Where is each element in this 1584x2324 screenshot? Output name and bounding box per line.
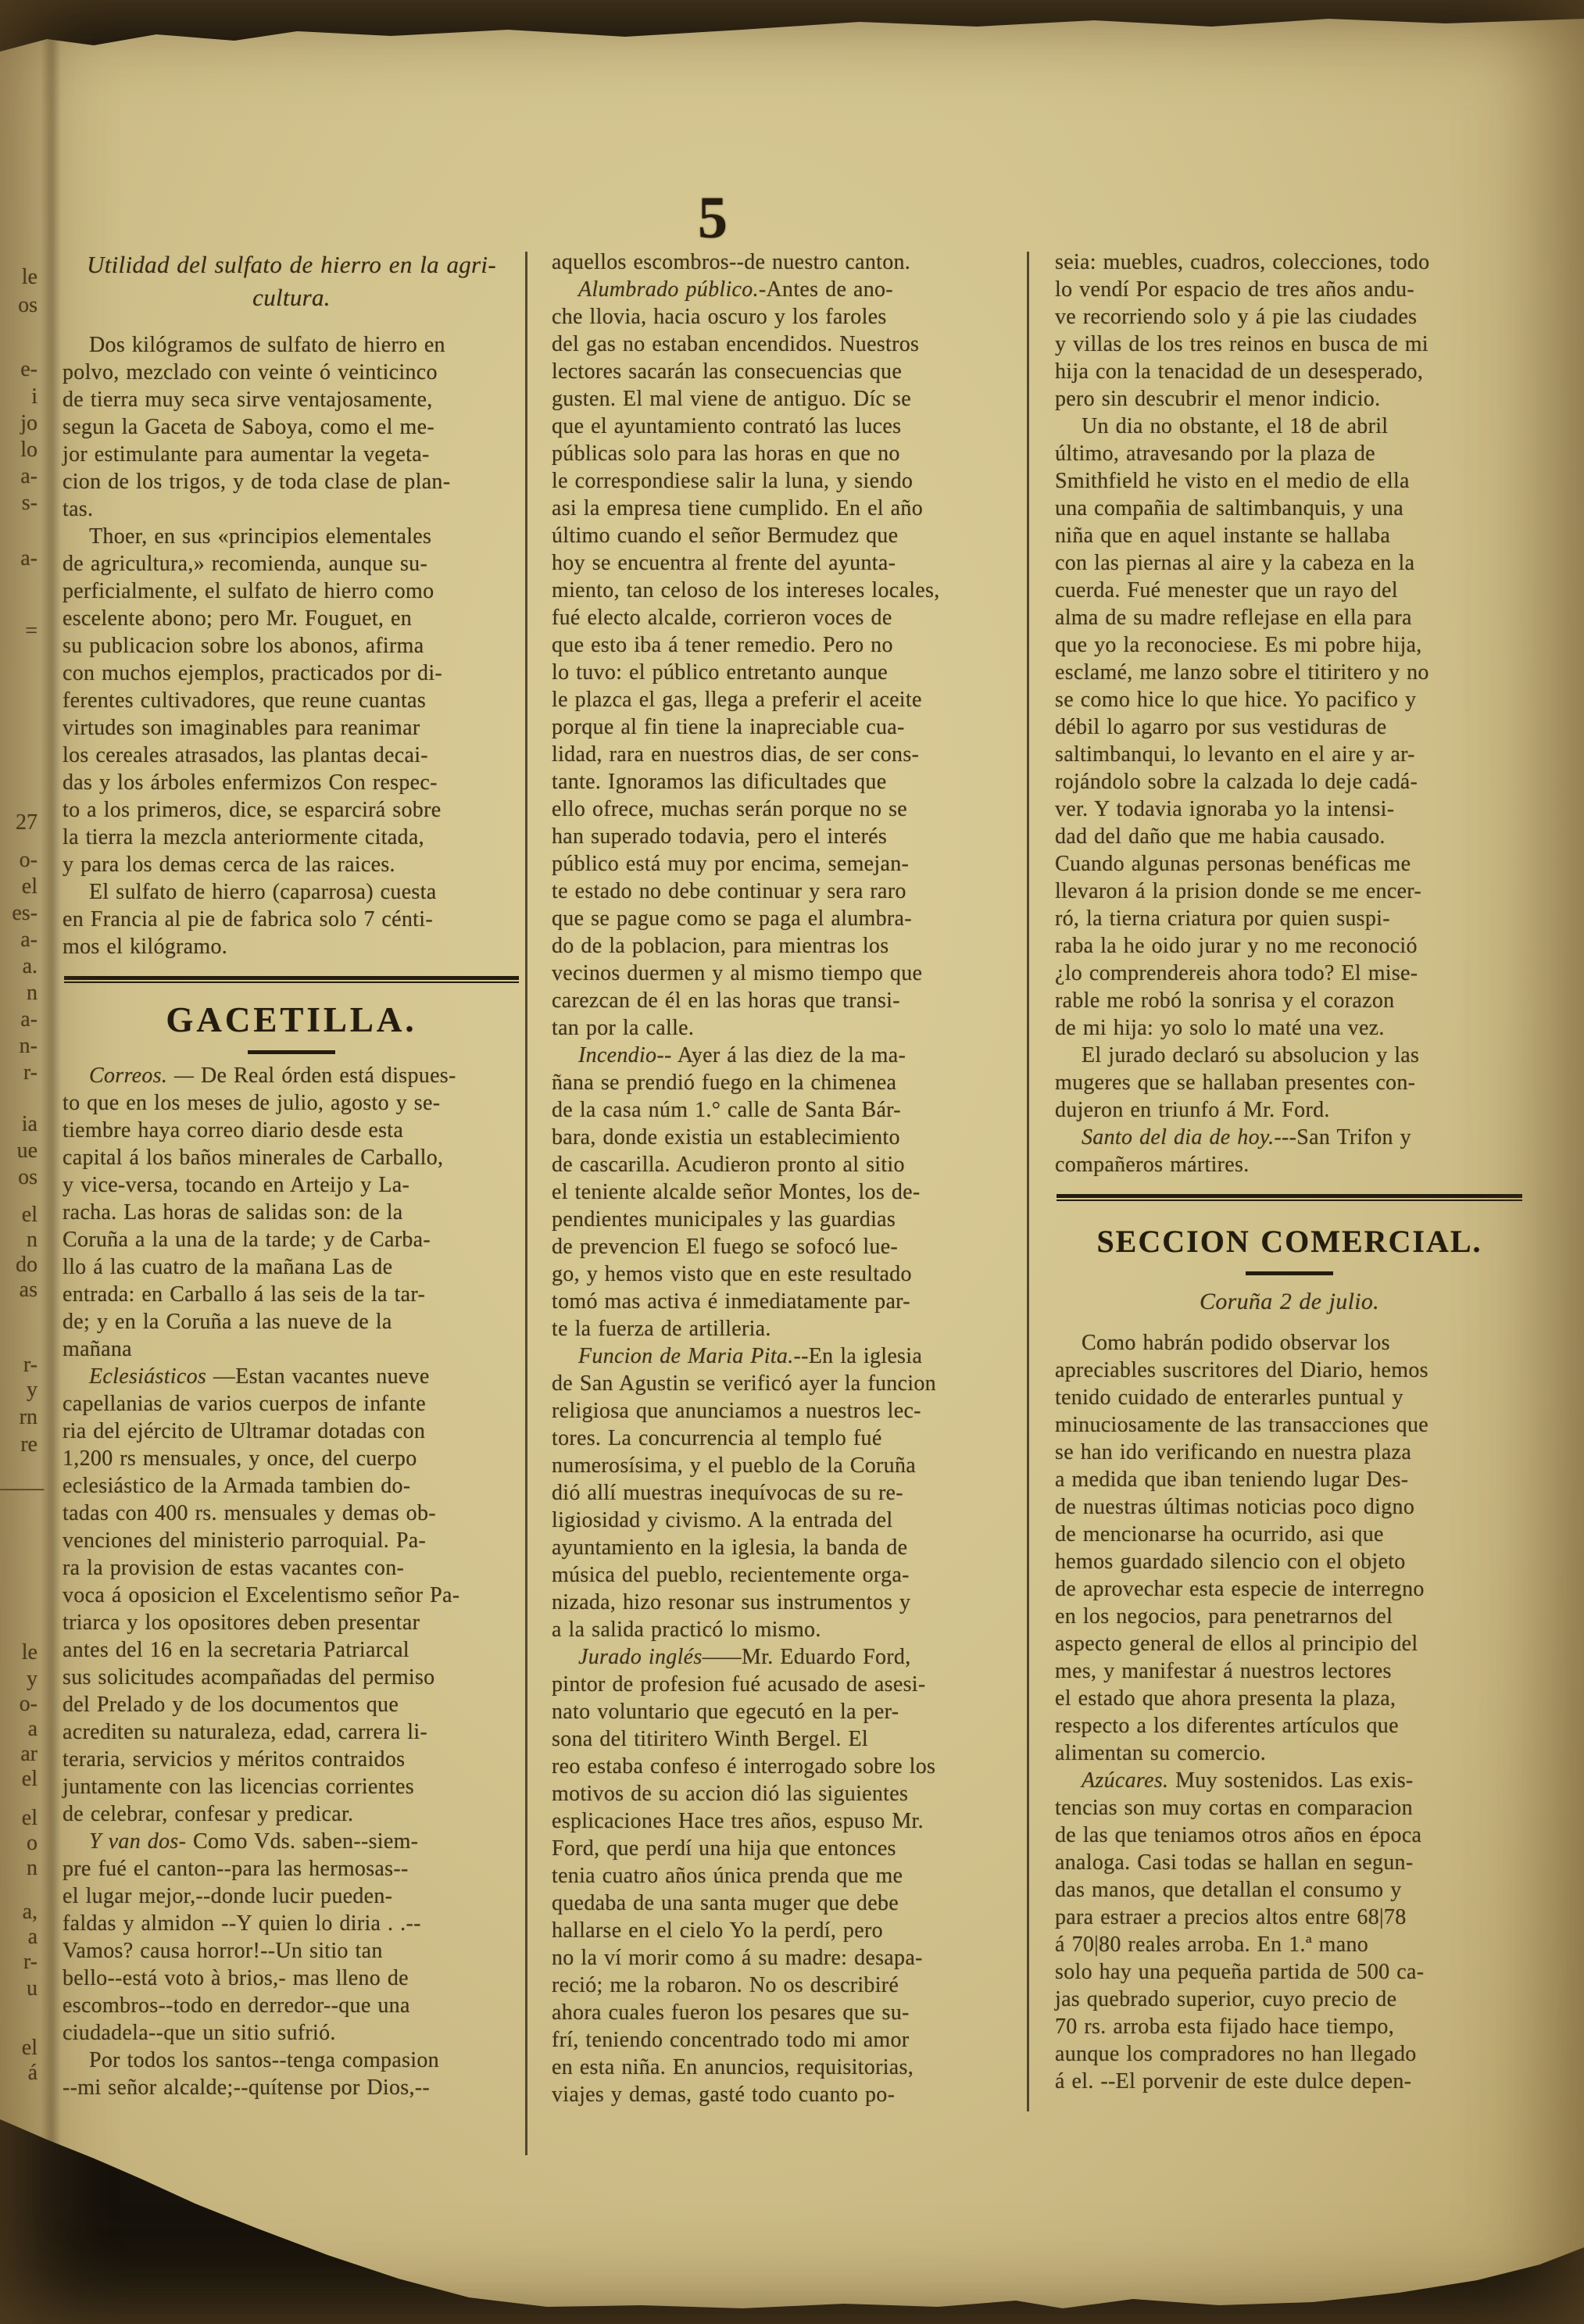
edge-text-fragment: el [0, 875, 38, 899]
edge-text-fragment: ar [0, 1743, 38, 1766]
edge-text-fragment: a, [0, 1900, 38, 1924]
paragraph: Azúcares. Muy sostenidos. Las exis- tenc… [1055, 1767, 1524, 2095]
edge-text-fragment: n [0, 981, 38, 1005]
edge-text-fragment: n [0, 1228, 38, 1252]
left-edge-fragments: leose-ijoloa-s-a-=27o-eles-a-a.na-n-r-ia… [0, 0, 41, 2324]
paragraph: Incendio-- Ayer á las diez de la ma- ñan… [552, 1042, 1013, 1343]
paragraph-lead: Eclesiásticos [89, 1364, 206, 1389]
article-title-sulfato: Utilidad del sulfato de hierro en la agr… [63, 248, 520, 314]
divider-rule [1057, 1194, 1522, 1201]
paragraph: Thoer, en sus «principios elementales de… [63, 523, 520, 878]
column-right: seia: muebles, cuadros, colecciones, tod… [1055, 248, 1524, 2095]
paragraph: El sulfato de hierro (caparrosa) cuesta … [63, 878, 520, 960]
section-heading-gacetilla: GACETILLA. [63, 999, 520, 1041]
paragraph: Un dia no obstante, el 18 de abril últim… [1055, 413, 1524, 1042]
edge-text-fragment: á [0, 2061, 38, 2085]
paragraph: Como habrán podido observar los apreciab… [1055, 1329, 1524, 1767]
edge-text-fragment: os [0, 1166, 38, 1189]
column-divider [525, 252, 527, 2155]
paragraph: Dos kilógramos de sulfato de hierro en p… [63, 331, 520, 523]
edge-text-fragment: el [0, 1807, 38, 1830]
edge-text-fragment: o- [0, 1693, 38, 1716]
edge-text-fragment: ia [0, 1113, 38, 1136]
edge-text-fragment: n [0, 1857, 38, 1880]
page-number: 5 [666, 184, 760, 252]
dateline: Coruña 2 de julio. [1055, 1288, 1524, 1315]
paragraph-lead: Y van dos- [89, 1829, 186, 1854]
edge-text-fragment: r- [0, 1950, 38, 1974]
edge-text-fragment: r- [0, 1353, 38, 1377]
edge-text-fragment: rn [0, 1406, 38, 1429]
edge-text-fragment: —— [0, 1477, 38, 1500]
column-divider [1027, 252, 1029, 2111]
edge-text-fragment: a [0, 1925, 38, 1949]
edge-text-fragment: 27 [0, 811, 38, 835]
paragraph: Eclesiásticos —Estan vacantes nueve cape… [63, 1363, 520, 1828]
paragraph-lead: Funcion de Maria Pita.-- [578, 1344, 809, 1368]
edge-text-fragment: a [0, 1718, 38, 1741]
edge-text-fragment: i [0, 385, 38, 409]
edge-text-fragment: y [0, 1378, 38, 1402]
edge-text-fragment: a. [0, 955, 38, 978]
edge-text-fragment: u [0, 1977, 38, 2000]
edge-text-fragment: o [0, 1832, 38, 1855]
divider-dash [248, 1050, 335, 1054]
newspaper-page: leose-ijoloa-s-a-=27o-eles-a-a.na-n-r-ia… [0, 0, 1584, 2324]
divider-dash [1246, 1271, 1333, 1275]
edge-text-fragment: le [0, 1641, 38, 1664]
edge-text-fragment: jo [0, 412, 38, 435]
edge-text-fragment: y [0, 1668, 38, 1691]
section-heading-comercial: SECCION COMERCIAL. [1055, 1221, 1524, 1262]
paragraph: Funcion de Maria Pita.--En la iglesia de… [552, 1343, 1013, 1643]
paragraph: Jurado inglés——Mr. Eduardo Ford, pintor … [552, 1643, 1013, 2108]
paragraph-lead: Alumbrado público.- [578, 277, 767, 302]
edge-text-fragment: es- [0, 902, 38, 925]
divider-rule [64, 976, 519, 983]
edge-text-fragment: = [0, 620, 38, 643]
edge-text-fragment: re [0, 1433, 38, 1457]
gutter-fold [41, 0, 61, 2324]
edge-text-fragment: n- [0, 1035, 38, 1058]
paragraph: seia: muebles, cuadros, colecciones, tod… [1055, 248, 1524, 413]
edge-text-fragment: e- [0, 358, 38, 381]
edge-text-fragment: a- [0, 1008, 38, 1031]
edge-text-fragment: os [0, 294, 38, 317]
edge-text-fragment: ue [0, 1139, 38, 1163]
edge-text-fragment: s- [0, 492, 38, 515]
edge-text-fragment: el [0, 2036, 38, 2060]
paragraph: Por todos los santos--tenga compasion --… [63, 2047, 520, 2101]
edge-text-fragment: o- [0, 849, 38, 872]
edge-text-fragment: r- [0, 1061, 38, 1085]
paragraph: Santo del dia de hoy.---San Trifon y com… [1055, 1124, 1524, 1178]
edge-text-fragment: lo [0, 438, 38, 462]
edge-text-fragment: a- [0, 928, 38, 952]
edge-text-fragment: as [0, 1278, 38, 1302]
edge-text-fragment: a- [0, 547, 38, 570]
paragraph: El jurado declaró su absolucion y las mu… [1055, 1042, 1524, 1124]
paragraph: Correos. — De Real órden está dispues- t… [63, 1062, 520, 1363]
paragraph-lead: Jurado inglés—— [578, 1645, 742, 1669]
paragraph: Alumbrado público.-Antes de ano- che llo… [552, 276, 1013, 1042]
paragraph: Y van dos- Como Vds. saben--siem- pre fu… [63, 1828, 520, 2047]
edge-text-fragment: a- [0, 465, 38, 488]
edge-text-fragment: le [0, 266, 38, 289]
column-left: Utilidad del sulfato de hierro en la agr… [63, 248, 520, 2101]
paragraph-lead: Correos. — [89, 1064, 194, 1088]
column-middle: aquellos escombros--de nuestro canton.Al… [552, 248, 1013, 2108]
edge-text-fragment: el [0, 1203, 38, 1227]
edge-text-fragment: do [0, 1253, 38, 1277]
paragraph-lead: Incendio-- [578, 1043, 672, 1067]
paragraph-lead: Azúcares. [1082, 1768, 1168, 1793]
edge-text-fragment: el [0, 1768, 38, 1791]
paragraph: aquellos escombros--de nuestro canton. [552, 248, 1013, 276]
paragraph-lead: Santo del dia de hoy.--- [1082, 1125, 1296, 1149]
